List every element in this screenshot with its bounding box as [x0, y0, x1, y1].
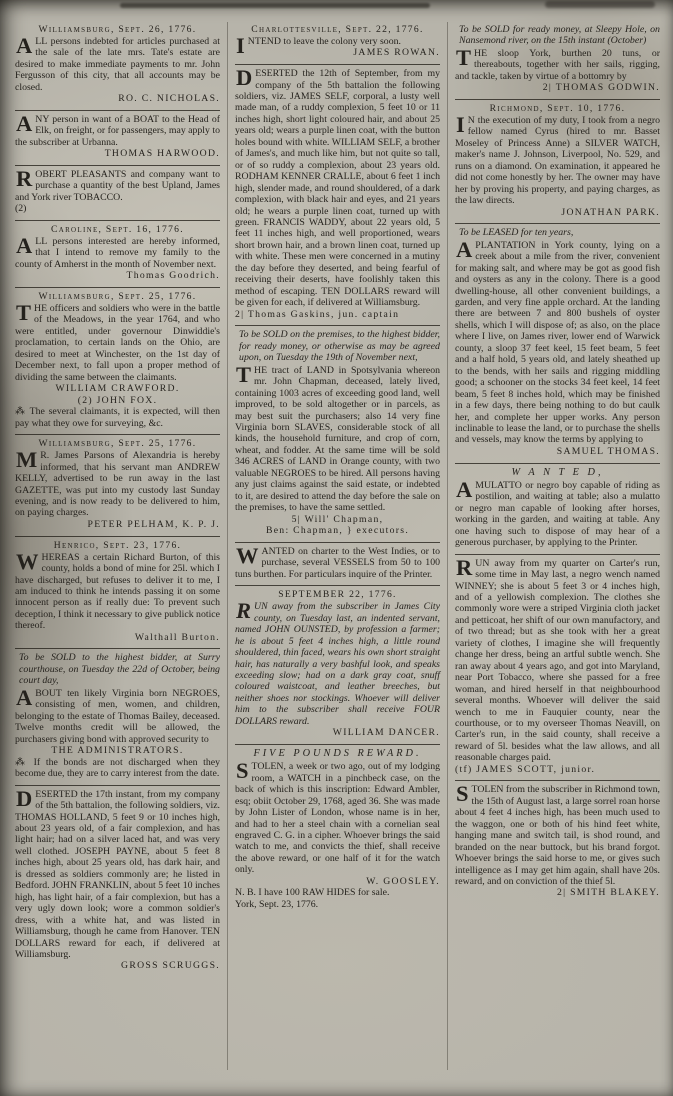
- ad-text: LL persons indebted for articles purchas…: [15, 36, 220, 93]
- drop-cap: S: [235, 761, 252, 780]
- signature: RO. C. NICHOLAS.: [15, 93, 220, 105]
- ad-text: R. James Parsons of Alexandria is hereby…: [15, 450, 220, 518]
- ad-text: ANTED on charter to the West Indies, or …: [235, 546, 440, 580]
- notice-banner: W A N T E D,: [455, 467, 660, 479]
- ad-text: OBERT PLEASANTS and company want to purc…: [15, 169, 220, 203]
- drop-cap: T: [455, 48, 474, 67]
- signature: 2| SMITH BLAKEY.: [455, 887, 660, 899]
- ad-text: UN away from my quarter on Carter's run,…: [455, 558, 660, 764]
- ad-text: HEREAS a certain Richard Burton, of this…: [15, 552, 220, 632]
- footnote: (2): [15, 203, 220, 214]
- signature: Thomas Goodrich.: [15, 270, 220, 282]
- ad-body: STOLEN from the subscriber in Richmond t…: [455, 784, 660, 887]
- ad-text: ESERTED the 12th of September, from my c…: [235, 68, 440, 308]
- signature: JAMES ROWAN.: [235, 47, 440, 59]
- drop-cap: R: [235, 601, 254, 620]
- ad-body: THE sloop York, burthen 20 tuns, or ther…: [455, 48, 660, 82]
- ad-text: UN away from the subscriber in James Cit…: [235, 601, 440, 727]
- footnote: York, Sept. 23, 1776.: [235, 899, 440, 910]
- signature: JONATHAN PARK.: [455, 207, 660, 219]
- drop-cap: A: [15, 36, 35, 55]
- signature: WILLIAM DANCER.: [235, 727, 440, 739]
- drop-cap: W: [235, 546, 262, 565]
- ad-body: WHEREAS a certain Richard Burton, of thi…: [15, 552, 220, 632]
- advertisement: To be SOLD on the premises, to the highe…: [235, 325, 440, 540]
- newspaper-column: Williamsburg, Sept. 26, 1776.ALL persons…: [8, 22, 227, 1070]
- notice-heading: To be SOLD to the highest bidder, at Sur…: [19, 652, 220, 686]
- ad-text: TOLEN, a week or two ago, out of my lodg…: [235, 761, 440, 875]
- advertisement: STOLEN from the subscriber in Richmond t…: [455, 780, 660, 902]
- ad-body: STOLEN, a week or two ago, out of my lod…: [235, 761, 440, 876]
- drop-cap: I: [455, 115, 468, 134]
- ad-text: LL persons interested are hereby informe…: [15, 236, 220, 270]
- ad-body: ALL persons interested are hereby inform…: [15, 236, 220, 270]
- ad-text: TOLEN from the subscriber in Richmond to…: [455, 784, 660, 887]
- advertisement: Charlottesville, Sept. 22, 1776.INTEND t…: [235, 22, 440, 62]
- signature: SAMUEL THOMAS.: [455, 446, 660, 458]
- signature: 2| THOMAS GODWIN.: [455, 82, 660, 94]
- signature: PETER PELHAM, K. P. J.: [15, 519, 220, 531]
- advertisement: DESERTED the 17th instant, from my compa…: [15, 785, 220, 975]
- advertisement: RUN away from my quarter on Carter's run…: [455, 554, 660, 779]
- ad-text: PLANTATION in York county, lying on a cr…: [455, 240, 660, 446]
- drop-cap: D: [15, 789, 35, 808]
- signature: 2| Thomas Gaskins, jun. captain: [235, 309, 440, 321]
- ad-text: NY person in want of a BOAT to the Head …: [15, 114, 220, 148]
- ad-body: THE officers and soldiers who were in th…: [15, 303, 220, 383]
- advertisement: To be SOLD to the highest bidder, at Sur…: [15, 648, 220, 782]
- ad-body: ALL persons indebted for articles purcha…: [15, 36, 220, 93]
- advertisement: ANY person in want of a BOAT to the Head…: [15, 110, 220, 163]
- drop-cap: A: [15, 236, 35, 255]
- advertisement: Williamsburg, Sept. 26, 1776.ALL persons…: [15, 22, 220, 108]
- notice-heading: To be SOLD for ready money, at Sleepy Ho…: [459, 24, 660, 47]
- drop-cap: T: [15, 303, 34, 322]
- columns-container: Williamsburg, Sept. 26, 1776.ALL persons…: [0, 0, 673, 1072]
- newspaper-column: To be SOLD for ready money, at Sleepy Ho…: [447, 22, 667, 1070]
- advertisement: Williamsburg, Sept. 25, 1776.THE officer…: [15, 287, 220, 432]
- footnote: ⁂ The several claimants, it is expected,…: [15, 406, 220, 429]
- ad-body: MR. James Parsons of Alexandria is hereb…: [15, 450, 220, 519]
- drop-cap: T: [235, 365, 254, 384]
- dateline: Caroline, Sept. 16, 1776.: [15, 224, 220, 235]
- advertisement: Williamsburg, Sept. 25, 1776.MR. James P…: [15, 434, 220, 533]
- signature: Walthall Burton.: [15, 632, 220, 644]
- advertisement: DESERTED the 12th of September, from my …: [235, 64, 440, 323]
- dateline: Williamsburg, Sept. 25, 1776.: [15, 291, 220, 302]
- newspaper-page: Williamsburg, Sept. 26, 1776.ALL persons…: [0, 0, 673, 1096]
- signature: 5| Will' Chapman,: [235, 514, 440, 526]
- ad-text: ESERTED the 17th instant, from my compan…: [15, 789, 220, 960]
- signature: Ben: Chapman, } executors.: [235, 525, 440, 537]
- ad-body: ANY person in want of a BOAT to the Head…: [15, 114, 220, 148]
- ad-text: N the execution of my duty, I took from …: [455, 115, 660, 206]
- ad-body: WANTED on charter to the West Indies, or…: [235, 546, 440, 580]
- drop-cap: M: [15, 450, 40, 469]
- drop-cap: R: [15, 169, 35, 188]
- dateline: Williamsburg, Sept. 25, 1776.: [15, 438, 220, 449]
- ad-body: ROBERT PLEASANTS and company want to pur…: [15, 169, 220, 203]
- scan-artifact-top-right: [545, 1, 655, 8]
- ad-body: AMULATTO or negro boy capable of riding …: [455, 480, 660, 549]
- ad-body: DESERTED the 17th instant, from my compa…: [15, 789, 220, 961]
- dateline: SEPTEMBER 22, 1776.: [235, 589, 440, 600]
- advertisement: WANTED on charter to the West Indies, or…: [235, 542, 440, 583]
- dateline: Richmond, Sept. 10, 1776.: [455, 103, 660, 114]
- notice-heading: To be LEASED for ten years,: [459, 227, 660, 238]
- signature: W. GOOSLEY.: [235, 876, 440, 888]
- advertisement: FIVE POUNDS REWARD.STOLEN, a week or two…: [235, 744, 440, 913]
- advertisement: To be SOLD for ready money, at Sleepy Ho…: [455, 22, 660, 97]
- drop-cap: D: [235, 68, 255, 87]
- advertisement: Caroline, Sept. 16, 1776.ALL persons int…: [15, 220, 220, 285]
- ad-body: DESERTED the 12th of September, from my …: [235, 68, 440, 309]
- signature: GROSS SCRUGGS.: [15, 960, 220, 972]
- footnote: ⁂ If the bonds are not discharged when t…: [15, 757, 220, 780]
- drop-cap: S: [455, 784, 472, 803]
- drop-cap: A: [455, 240, 475, 259]
- dateline: Henrico, Sept. 23, 1776.: [15, 540, 220, 551]
- notice-heading: To be SOLD on the premises, to the highe…: [239, 329, 440, 363]
- advertisement: W A N T E D,AMULATTO or negro boy capabl…: [455, 463, 660, 552]
- signature: THE ADMINISTRATORS.: [15, 745, 220, 757]
- ad-body: APLANTATION in York county, lying on a c…: [455, 240, 660, 446]
- ad-body: THE tract of LAND in Spotsylvania whereo…: [235, 365, 440, 514]
- footnote: N. B. I have 100 RAW HIDES for sale.: [235, 887, 440, 898]
- signature: THOMAS HARWOOD.: [15, 148, 220, 160]
- ad-text: HE tract of LAND in Spotsylvania whereon…: [235, 365, 440, 513]
- ad-body: RUN away from the subscriber in James Ci…: [235, 601, 440, 727]
- ad-body: INTEND to leave the colony very soon.: [235, 36, 440, 47]
- advertisement: To be LEASED for ten years,APLANTATION i…: [455, 223, 660, 460]
- ad-text: MULATTO or negro boy capable of riding a…: [455, 480, 660, 548]
- advertisement: Richmond, Sept. 10, 1776.IN the executio…: [455, 99, 660, 221]
- ad-text: NTEND to leave the colony very soon.: [248, 36, 401, 47]
- advertisement: Henrico, Sept. 23, 1776.WHEREAS a certai…: [15, 536, 220, 647]
- ad-text: HE sloop York, burthen 20 tuns, or there…: [455, 48, 660, 82]
- drop-cap: W: [15, 552, 42, 571]
- signature: (tf) JAMES SCOTT, junior.: [455, 764, 660, 776]
- ad-body: ABOUT ten likely Virginia born NEGROES, …: [15, 688, 220, 745]
- drop-cap: I: [235, 36, 248, 55]
- advertisement: ROBERT PLEASANTS and company want to pur…: [15, 165, 220, 218]
- ad-text: BOUT ten likely Virginia born NEGROES, c…: [15, 688, 220, 745]
- drop-cap: A: [15, 114, 35, 133]
- ad-text: HE officers and soldiers who were in the…: [15, 303, 220, 383]
- dateline: Charlottesville, Sept. 22, 1776.: [235, 24, 440, 35]
- signature: (2) JOHN FOX.: [15, 395, 220, 407]
- notice-banner: FIVE POUNDS REWARD.: [235, 748, 440, 760]
- drop-cap: A: [15, 688, 35, 707]
- advertisement: SEPTEMBER 22, 1776.RUN away from the sub…: [235, 585, 440, 742]
- drop-cap: R: [455, 558, 475, 577]
- signature: WILLIAM CRAWFORD.: [15, 383, 220, 395]
- newspaper-column: Charlottesville, Sept. 22, 1776.INTEND t…: [227, 22, 447, 1070]
- ad-body: IN the execution of my duty, I took from…: [455, 115, 660, 207]
- drop-cap: A: [455, 480, 475, 499]
- ad-body: RUN away from my quarter on Carter's run…: [455, 558, 660, 764]
- dateline: Williamsburg, Sept. 26, 1776.: [15, 24, 220, 35]
- scan-artifact-top: [120, 3, 430, 8]
